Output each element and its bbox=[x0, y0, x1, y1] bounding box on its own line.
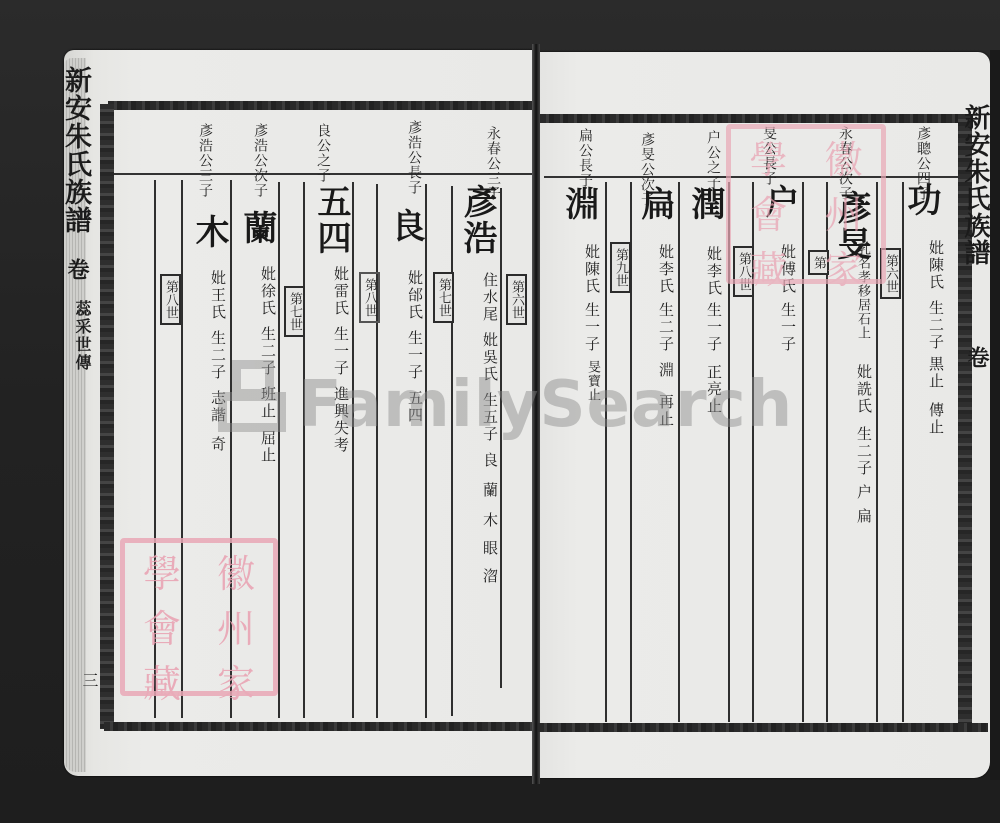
collection-seal: 徽 州 家 學 會 藏 bbox=[726, 124, 886, 284]
column-rule bbox=[278, 182, 280, 718]
right-edge bbox=[990, 50, 1000, 780]
left-frame-side bbox=[100, 104, 114, 729]
child-name: 五四 bbox=[407, 390, 422, 424]
children-count: 生一子 bbox=[407, 330, 422, 381]
spouse: 妣李氏 bbox=[706, 246, 721, 297]
children-count: 生二子 bbox=[260, 326, 275, 377]
seal-char: 徽 bbox=[806, 129, 881, 184]
seal-char: 州 bbox=[199, 598, 273, 653]
column-rule bbox=[303, 182, 305, 718]
generation-label: 第七世 bbox=[284, 286, 305, 337]
column-rule bbox=[352, 182, 354, 718]
child-name: 扁 bbox=[856, 508, 871, 525]
column-rule bbox=[376, 184, 378, 718]
right-frame-bottom bbox=[538, 723, 988, 732]
header-note: 扁公長子 bbox=[578, 128, 592, 188]
child-name: 眼 bbox=[482, 540, 497, 557]
right-frame-top bbox=[540, 114, 970, 123]
children-count: 生一子 bbox=[584, 302, 599, 353]
header-note: 彥浩公三子 bbox=[198, 123, 212, 198]
seal-char: 學 bbox=[125, 543, 199, 598]
spouse: 妣吳氏 bbox=[482, 332, 497, 383]
column-rule bbox=[902, 182, 904, 722]
seal-char: 藏 bbox=[731, 239, 806, 294]
children-count: 生二子 bbox=[856, 426, 871, 477]
person-name: 淵 bbox=[562, 186, 596, 222]
person-name: 五四 bbox=[314, 184, 348, 256]
children-count: 生二子 bbox=[928, 300, 943, 351]
generation-label: 第八世 bbox=[359, 272, 380, 323]
child-name: 淵 bbox=[658, 362, 673, 379]
column-rule bbox=[451, 186, 453, 716]
child-name: 木 bbox=[482, 512, 497, 529]
person-name: 木 bbox=[192, 214, 226, 250]
left-section-label: 蕊采世傳 bbox=[74, 300, 90, 372]
seal-char: 藏 bbox=[125, 653, 199, 708]
child-name: 良 bbox=[482, 452, 497, 469]
seal-char: 會 bbox=[125, 598, 199, 653]
spouse: 妣雷氏 bbox=[333, 266, 348, 317]
child-name: 班止 bbox=[260, 386, 275, 420]
child-name: 屈止 bbox=[260, 430, 275, 464]
book-gutter bbox=[532, 44, 540, 784]
person-name: 功 bbox=[904, 182, 938, 218]
collection-seal: 徽 州 家 學 會 藏 bbox=[120, 538, 278, 696]
column-rule bbox=[605, 182, 607, 722]
child-name: 黒止 bbox=[928, 356, 943, 390]
spouse: 妣王氏 bbox=[210, 270, 225, 321]
right-margin-title: 新安朱氏族譜 bbox=[962, 104, 988, 266]
child-name: 𤄣 bbox=[780, 360, 795, 377]
generation-label: 第六世 bbox=[506, 274, 527, 325]
left-frame-bottom bbox=[104, 722, 534, 731]
child-name: 進興失考 bbox=[333, 386, 348, 454]
children-count: 生一子 bbox=[780, 302, 795, 353]
child-name: 志諧 bbox=[210, 390, 225, 424]
left-margin-title: 新安朱氏族譜 bbox=[62, 66, 89, 234]
person-name: 蘭 bbox=[240, 210, 274, 246]
child-name: 傳止 bbox=[928, 402, 943, 436]
header-note: 彥浩公長子 bbox=[407, 120, 421, 195]
seal-char: 會 bbox=[731, 184, 806, 239]
generation-label: 第八世 bbox=[160, 274, 181, 325]
left-volume-label: 卷 bbox=[66, 258, 88, 281]
children-count: 生一子 bbox=[706, 302, 721, 353]
seal-char: 家 bbox=[199, 653, 273, 708]
seal-char: 徽 bbox=[199, 543, 273, 598]
left-frame-top bbox=[108, 101, 533, 110]
column-rule bbox=[500, 188, 502, 688]
seal-char: 學 bbox=[731, 129, 806, 184]
header-note: 良公之子 bbox=[316, 123, 330, 183]
spouse: 妣李氏 bbox=[658, 244, 673, 295]
header-note: 彥浩公次子 bbox=[253, 123, 267, 198]
page-number: 三 bbox=[78, 672, 101, 688]
child-name: 再止 bbox=[658, 394, 673, 428]
spouse: 妣陳氏 bbox=[928, 240, 943, 291]
person-name: 彥浩 bbox=[460, 184, 494, 256]
spouse: 妣陳氏 bbox=[584, 244, 599, 295]
spouse: 妣徐氏 bbox=[260, 266, 275, 317]
children-count: 生二子 bbox=[658, 302, 673, 353]
child-name: 蘭 bbox=[482, 482, 497, 499]
right-volume-label: 卷 bbox=[966, 346, 988, 369]
spouse: 妣邰氏 bbox=[407, 270, 422, 321]
person-name: 扁 bbox=[638, 186, 672, 222]
column-rule bbox=[425, 184, 427, 718]
generation-label: 第九世 bbox=[610, 242, 631, 293]
seal-char: 州 bbox=[806, 184, 881, 239]
person-name: 潤 bbox=[688, 186, 722, 222]
header-note: 户公之子 bbox=[706, 130, 720, 190]
seal-char: 家 bbox=[806, 239, 881, 294]
residence: 住水尾 bbox=[482, 272, 497, 323]
child-name: 㳷 bbox=[482, 568, 497, 585]
generation-label: 第七世 bbox=[433, 272, 454, 323]
children-count: 生五子 bbox=[482, 392, 497, 443]
child-name: 旻寶止 bbox=[586, 360, 599, 402]
spouse: 妣詵氏 bbox=[856, 364, 871, 415]
children-count: 生二子 bbox=[210, 330, 225, 381]
child-name: 正亮止 bbox=[706, 364, 721, 415]
child-name: 户 bbox=[856, 484, 871, 501]
children-count: 生一子 bbox=[333, 326, 348, 377]
column-rule bbox=[678, 182, 680, 722]
child-name: 奇 bbox=[210, 436, 225, 453]
person-name: 良 bbox=[388, 208, 422, 244]
